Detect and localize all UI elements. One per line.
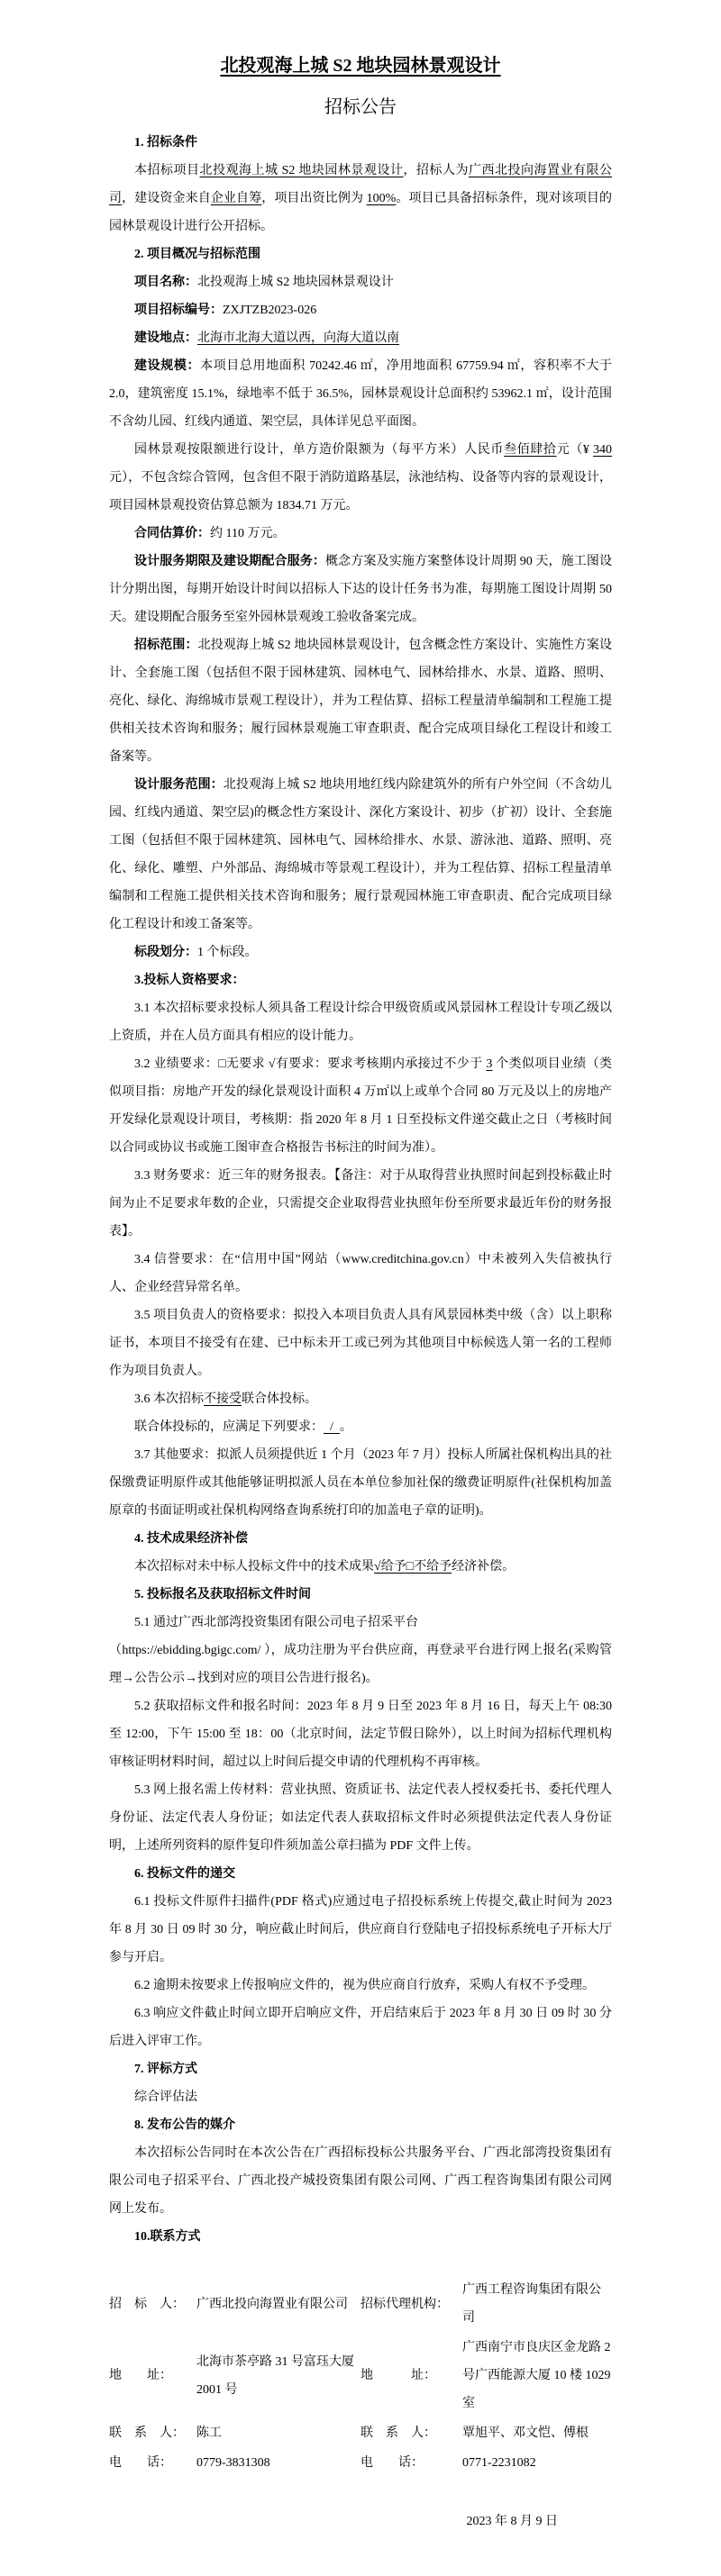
para: 5.1 通过广西北部湾投资集团有限公司电子招采平台（https://ebiddi… [109,1609,612,1692]
para: 6.1 投标文件原件扫描件(PDF 格式)应通过电子招投标系统上传提交,截止时间… [109,1888,612,1972]
para: 本次招标对未中标人投标文件中的技术成果√给予□不给予经济补偿。 [109,1553,612,1581]
agency-person-cell: 联 系 人： 覃旭平、邓文恺、傅根 [360,2419,612,2447]
text-segment: / [324,1420,340,1434]
text-segment: 6.2 逾期未按要求上传报响应文件的，视为供应商自行放弃，采购人有权不予受理。 [134,1979,595,1992]
heading: 5. 投标报名及获取招标文件时间 [109,1581,612,1609]
text-segment: 北投观海上城 S2 地块园林景观设计 [200,164,404,177]
agency-address-cell: 地 址： 广西南宁市良庆区金龙路 2 号广西能源大厦 10 楼 1029 室 [360,2334,612,2417]
text-segment: 经济补偿。 [452,1560,515,1574]
agency-phone-value: 0771-2231082 [462,2449,612,2477]
contact-row-phone: 电 话： 0779-3831308 电 话： 0771-2231082 [109,2449,612,2477]
text-segment: 约 110 万元。 [210,527,285,540]
heading: 4. 技术成果经济补偿 [109,1525,612,1553]
para: 6.3 响应文件截止时间立即开启响应文件，开启结束后于 2023 年 8 月 3… [109,2000,612,2055]
agency-person-label: 联 系 人： [360,2419,462,2447]
text-segment: 元），不包含综合管网，包含但不限于消防道路基层，泳池结构、设备等内容的景观设计，… [109,471,612,512]
contact-row-person: 联 系 人： 陈工 联 系 人： 覃旭平、邓文恺、傅根 [109,2419,612,2447]
heading: 10.联系方式 [109,2223,612,2251]
tenderer-phone-label: 电 话： [109,2449,196,2477]
text-segment: 5.1 通过广西北部湾投资集团有限公司电子招采平台 [134,1616,418,1629]
tenderer-person-label: 联 系 人： [109,2419,196,2447]
text-segment: 3.投标人资格要求： [134,974,245,987]
para: 建设规模：本项目总用地面积 70242.46 ㎡，净用地面积 67759.94 … [109,352,612,436]
doc-title: 北投观海上城 S2 地块园林景观设计 [109,50,612,81]
text-segment: 3.7 其他要求：拟派人员须提供近 1 个月（2023 年 7 月）投标人所属社… [109,1448,612,1518]
text-segment: 联合体投标的，应满足下列要求： [134,1420,324,1434]
text-segment: 企业自筹 [211,192,261,205]
text-segment: 综合评估法 [134,2091,197,2104]
text-segment: 本招标项目 [134,164,200,177]
text-segment: 叁佰肆拾 [504,443,557,457]
text-segment: 340 [593,443,612,457]
text-segment: 7. 评标方式 [134,2063,197,2076]
tenderer-person-value: 陈工 [196,2419,360,2447]
text-segment: 3.2 业绩要求：□无要求 √有要求：要求考核期内承接过不少于 [134,1057,486,1071]
text-segment: 建设规模： [134,359,200,373]
text-segment: 4. 技术成果经济补偿 [134,1532,248,1546]
agency-cell: 招标代理机构： 广西工程咨询集团有限公司 [360,2276,612,2332]
document-content: 北投观海上城 S2 地块园林景观设计招标公告1. 招标条件本招标项目北投观海上城… [109,0,612,2535]
para: 设计服务期限及建设期配合服务：概念方案及实施方案整体设计周期 90 天，施工图设… [109,548,612,631]
text-segment: 3.3 财务要求：近三年的财务报表。【备注：对于从取得营业执照时间起到投标截止时… [109,1169,612,1238]
text-segment: 北投观海上城 S2 地块园林景观设计，包含概念性方案设计、实施性方案设计、全套施… [109,639,612,764]
para: 本招标项目北投观海上城 S2 地块园林景观设计，招标人为广西北投向海置业有限公司… [109,157,612,240]
text-segment: 本次招标公告同时在本次公告在广西招标投标公共服务平台、广西北部湾投资集团有限公司… [109,2146,612,2216]
text-segment: 1 个标段。 [197,946,258,959]
para: 5.2 获取招标文件和报名时间：2023 年 8 月 9 日至 2023 年 8… [109,1692,612,1776]
para: 3.7 其他要求：拟派人员须提供近 1 个月（2023 年 7 月）投标人所属社… [109,1441,612,1525]
para: 合同估算价：约 110 万元。 [109,520,612,548]
para: 建设地点：北海市北海大道以西，向海大道以南 [109,324,612,352]
heading: 6. 投标文件的递交 [109,1860,612,1888]
text-segment: 招标范围： [134,639,198,652]
text-segment: 北投观海上城 S2 地块用地红线内除建筑外的所有户外空间（不含幼儿园、红线内通道… [109,778,612,931]
text-segment: 8. 发布公告的媒介 [134,2118,235,2132]
tenderer-address-cell: 地 址： 北海市茶亭路 31 号富珏大厦 2001 号 [109,2334,360,2417]
para: 3.4 信誉要求：在“信用中国”网站（www.creditchina.gov.c… [109,1246,612,1302]
para: 3.1 本次招标要求投标人须具备工程设计综合甲级资质或风景园林工程设计专项乙级以… [109,994,612,1050]
text-segment: 6. 投标文件的递交 [134,1867,235,1881]
para: 3.2 业绩要求：□无要求 √有要求：要求考核期内承接过不少于 3 个类似项目业… [109,1050,612,1162]
announcement-date: 2023 年 8 月 9 日 [109,2508,612,2535]
text-segment: 建设地点： [134,331,197,345]
text-segment: √给予□不给予 [374,1560,452,1574]
text-segment: 设计服务范围： [134,778,224,792]
para: 3.6 本次招标不接受联合体投标。 [109,1385,612,1413]
text-segment: 个类似项目业绩（类似项目指：房地产开发的绿化景观设计面积 4 万㎡以上或单个合同… [109,1057,612,1155]
text-segment: 不接受 [204,1392,242,1406]
heading: 3.投标人资格要求： [109,966,612,994]
para: 设计服务范围：北投观海上城 S2 地块用地红线内除建筑外的所有户外空间（不含幼儿… [109,771,612,939]
text-segment: 项目招标编号： [134,304,223,317]
text-segment: 北海市北海大道以西，向海大道以南 [197,331,399,345]
text-segment: 3.5 项目负责人的资格要求：拟投入本项目负责人具有风景园林类中级（含）以上职称… [109,1309,612,1378]
text-segment: 标段划分： [134,946,197,959]
heading: 8. 发布公告的媒介 [109,2111,612,2139]
text-segment: 园林景观按限额进行设计，单方造价限额为（每平方米）人民币 [134,443,504,457]
para: 项目招标编号：ZXJTZB2023-026 [109,296,612,324]
contact-table: 招 标 人： 广西北投向海置业有限公司 招标代理机构： 广西工程咨询集团有限公司… [109,2276,612,2477]
tenderer-label: 招 标 人： [109,2290,196,2318]
text-segment: 5. 投标报名及获取招标文件时间 [134,1588,311,1601]
text-segment: 3.6 本次招标 [134,1392,204,1406]
para: 6.2 逾期未按要求上传报响应文件的，视为供应商自行放弃，采购人有权不予受理。 [109,1972,612,2000]
agency-address-label: 地 址： [360,2362,462,2390]
document-page: 北投观海上城 S2 地块园林景观设计招标公告1. 招标条件本招标项目北投观海上城… [0,0,721,2576]
doc-subtitle: 招标公告 [109,94,612,122]
heading: 7. 评标方式 [109,2055,612,2083]
text-segment: 本次招标对未中标人投标文件中的技术成果 [134,1560,374,1574]
text-segment: 100% [367,192,397,205]
para: 综合评估法 [109,2083,612,2111]
contact-row-tenderer: 招 标 人： 广西北投向海置业有限公司 招标代理机构： 广西工程咨询集团有限公司 [109,2276,612,2332]
text-segment: 设计服务期限及建设期配合服务： [134,555,325,568]
text-segment: 5.2 获取招标文件和报名时间：2023 年 8 月 9 日至 2023 年 8… [109,1700,612,1769]
para: 标段划分：1 个标段。 [109,939,612,966]
text-segment: ，建设资金来自 [122,192,211,205]
para: 本次招标公告同时在本次公告在广西招标投标公共服务平台、广西北部湾投资集团有限公司… [109,2139,612,2223]
text-segment: 3.1 本次招标要求投标人须具备工程设计综合甲级资质或风景园林工程设计专项乙级以… [109,1002,612,1043]
heading: 1. 招标条件 [109,129,612,157]
document-body: 北投观海上城 S2 地块园林景观设计招标公告1. 招标条件本招标项目北投观海上城… [109,50,612,2251]
agency-person-value: 覃旭平、邓文恺、傅根 [462,2419,612,2447]
text-segment: 3.4 信誉要求：在“信用中国”网站（www.creditchina.gov.c… [109,1253,612,1294]
heading: 2. 项目概况与招标范围 [109,240,612,268]
text-segment: 北投观海上城 S2 地块园林景观设计 [220,56,500,76]
tenderer-value: 广西北投向海置业有限公司 [196,2290,360,2318]
agency-address-value: 广西南宁市良庆区金龙路 2 号广西能源大厦 10 楼 1029 室 [462,2334,612,2417]
para: 招标范围：北投观海上城 S2 地块园林景观设计，包含概念性方案设计、实施性方案设… [109,631,612,771]
text-segment: 合同估算价： [134,527,210,540]
contact-row-address: 地 址： 北海市茶亭路 31 号富珏大厦 2001 号 地 址： 广西南宁市良庆… [109,2334,612,2417]
text-segment: 10.联系方式 [134,2230,201,2244]
text-segment: 北投观海上城 S2 地块园林景观设计 [197,276,394,289]
text-segment: 1. 招标条件 [134,136,197,150]
agency-phone-label: 电 话： [360,2449,462,2477]
tenderer-cell: 招 标 人： 广西北投向海置业有限公司 [109,2276,360,2332]
text-segment: 6.3 响应文件截止时间立即开启响应文件，开启结束后于 2023 年 8 月 3… [109,2007,612,2048]
tenderer-phone-cell: 电 话： 0779-3831308 [109,2449,360,2477]
text-segment: 招标公告 [324,97,397,117]
text-segment: （https://ebidding.bgigc.com/ ），成功注册为平台供应… [109,1644,612,1685]
para: 联合体投标的，应满足下列要求： / 。 [109,1413,612,1441]
agency-value: 广西工程咨询集团有限公司 [462,2276,612,2332]
text-segment: 联合体投标。 [242,1392,317,1406]
para: 3.3 财务要求：近三年的财务报表。【备注：对于从取得营业执照时间起到投标截止时… [109,1162,612,1246]
para: 项目名称：北投观海上城 S2 地块园林景观设计 [109,268,612,296]
para: 5.3 网上报名需上传材料：营业执照、资质证书、法定代表人授权委托书、委托代理人… [109,1776,612,1860]
text-segment: 6.1 投标文件原件扫描件(PDF 格式)应通过电子招投标系统上传提交,截止时间… [109,1895,612,1964]
agency-phone-cell: 电 话： 0771-2231082 [360,2449,612,2477]
text-segment: ZXJTZB2023-026 [223,304,316,317]
text-segment: 2. 项目概况与招标范围 [134,248,260,261]
tenderer-phone-value: 0779-3831308 [196,2449,360,2477]
text-segment: 项目名称： [134,276,197,289]
text-segment: 元（¥ [557,443,593,457]
para: 3.5 项目负责人的资格要求：拟投入本项目负责人具有风景园林类中级（含）以上职称… [109,1302,612,1385]
tenderer-person-cell: 联 系 人： 陈工 [109,2419,360,2447]
text-segment: ，项目出资比例为 [261,192,366,205]
tenderer-address-value: 北海市茶亭路 31 号富珏大厦 2001 号 [196,2348,360,2404]
para: 园林景观按限额进行设计，单方造价限额为（每平方米）人民币叁佰肆拾元（¥ 340 … [109,436,612,520]
text-segment: 5.3 网上报名需上传材料：营业执照、资质证书、法定代表人授权委托书、委托代理人… [109,1783,612,1853]
tenderer-address-label: 地 址： [109,2362,196,2390]
text-segment: ，招标人为 [403,164,469,177]
text-segment: 。 [340,1420,352,1434]
agency-label: 招标代理机构： [360,2290,462,2318]
